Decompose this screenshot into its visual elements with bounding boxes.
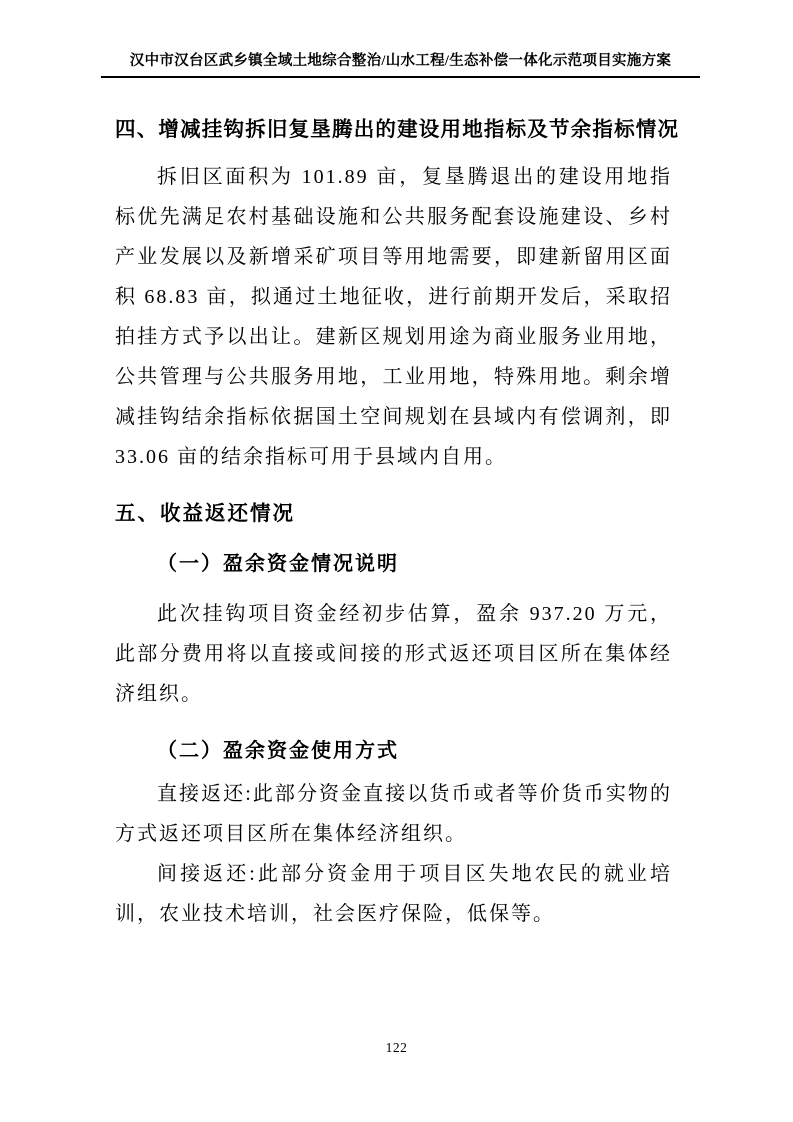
page-footer: 122 <box>0 1040 793 1056</box>
section-5-2-paragraph-direct-return: 直接返还:此部分资金直接以货币或者等价货币实物的方式返还项目区所在集体经济组织。 <box>115 774 672 854</box>
section-4-paragraph: 拆旧区面积为 101.89 亩，复垦腾退出的建设用地指标优先满足农村基础设施和公… <box>115 157 672 477</box>
running-header-title: 汉中市汉台区武乡镇全域土地综合整治/山水工程/生态补偿一体化示范项目实施方案 <box>130 53 671 69</box>
page-number: 122 <box>386 1040 408 1055</box>
section-5-2-paragraph-indirect-return: 间接返还:此部分资金用于项目区失地农民的就业培训，农业技术培训，社会医疗保险，低… <box>115 854 672 934</box>
section-5-2-heading: （二）盈余资金使用方式 <box>115 736 672 766</box>
section-5-heading: 五、收益返还情况 <box>115 499 672 529</box>
page-content: 四、增减挂钩拆旧复垦腾出的建设用地指标及节余指标情况 拆旧区面积为 101.89… <box>115 115 672 934</box>
section-5-1-heading: （一）盈余资金情况说明 <box>115 549 672 579</box>
section-5-1-paragraph: 此次挂钩项目资金经初步估算，盈余 937.20 万元，此部分费用将以直接或间接的… <box>115 594 672 714</box>
running-header: 汉中市汉台区武乡镇全域土地综合整治/山水工程/生态补偿一体化示范项目实施方案 <box>101 52 700 78</box>
document-page: 汉中市汉台区武乡镇全域土地综合整治/山水工程/生态补偿一体化示范项目实施方案 四… <box>0 0 793 1122</box>
section-4-heading: 四、增减挂钩拆旧复垦腾出的建设用地指标及节余指标情况 <box>115 115 672 145</box>
